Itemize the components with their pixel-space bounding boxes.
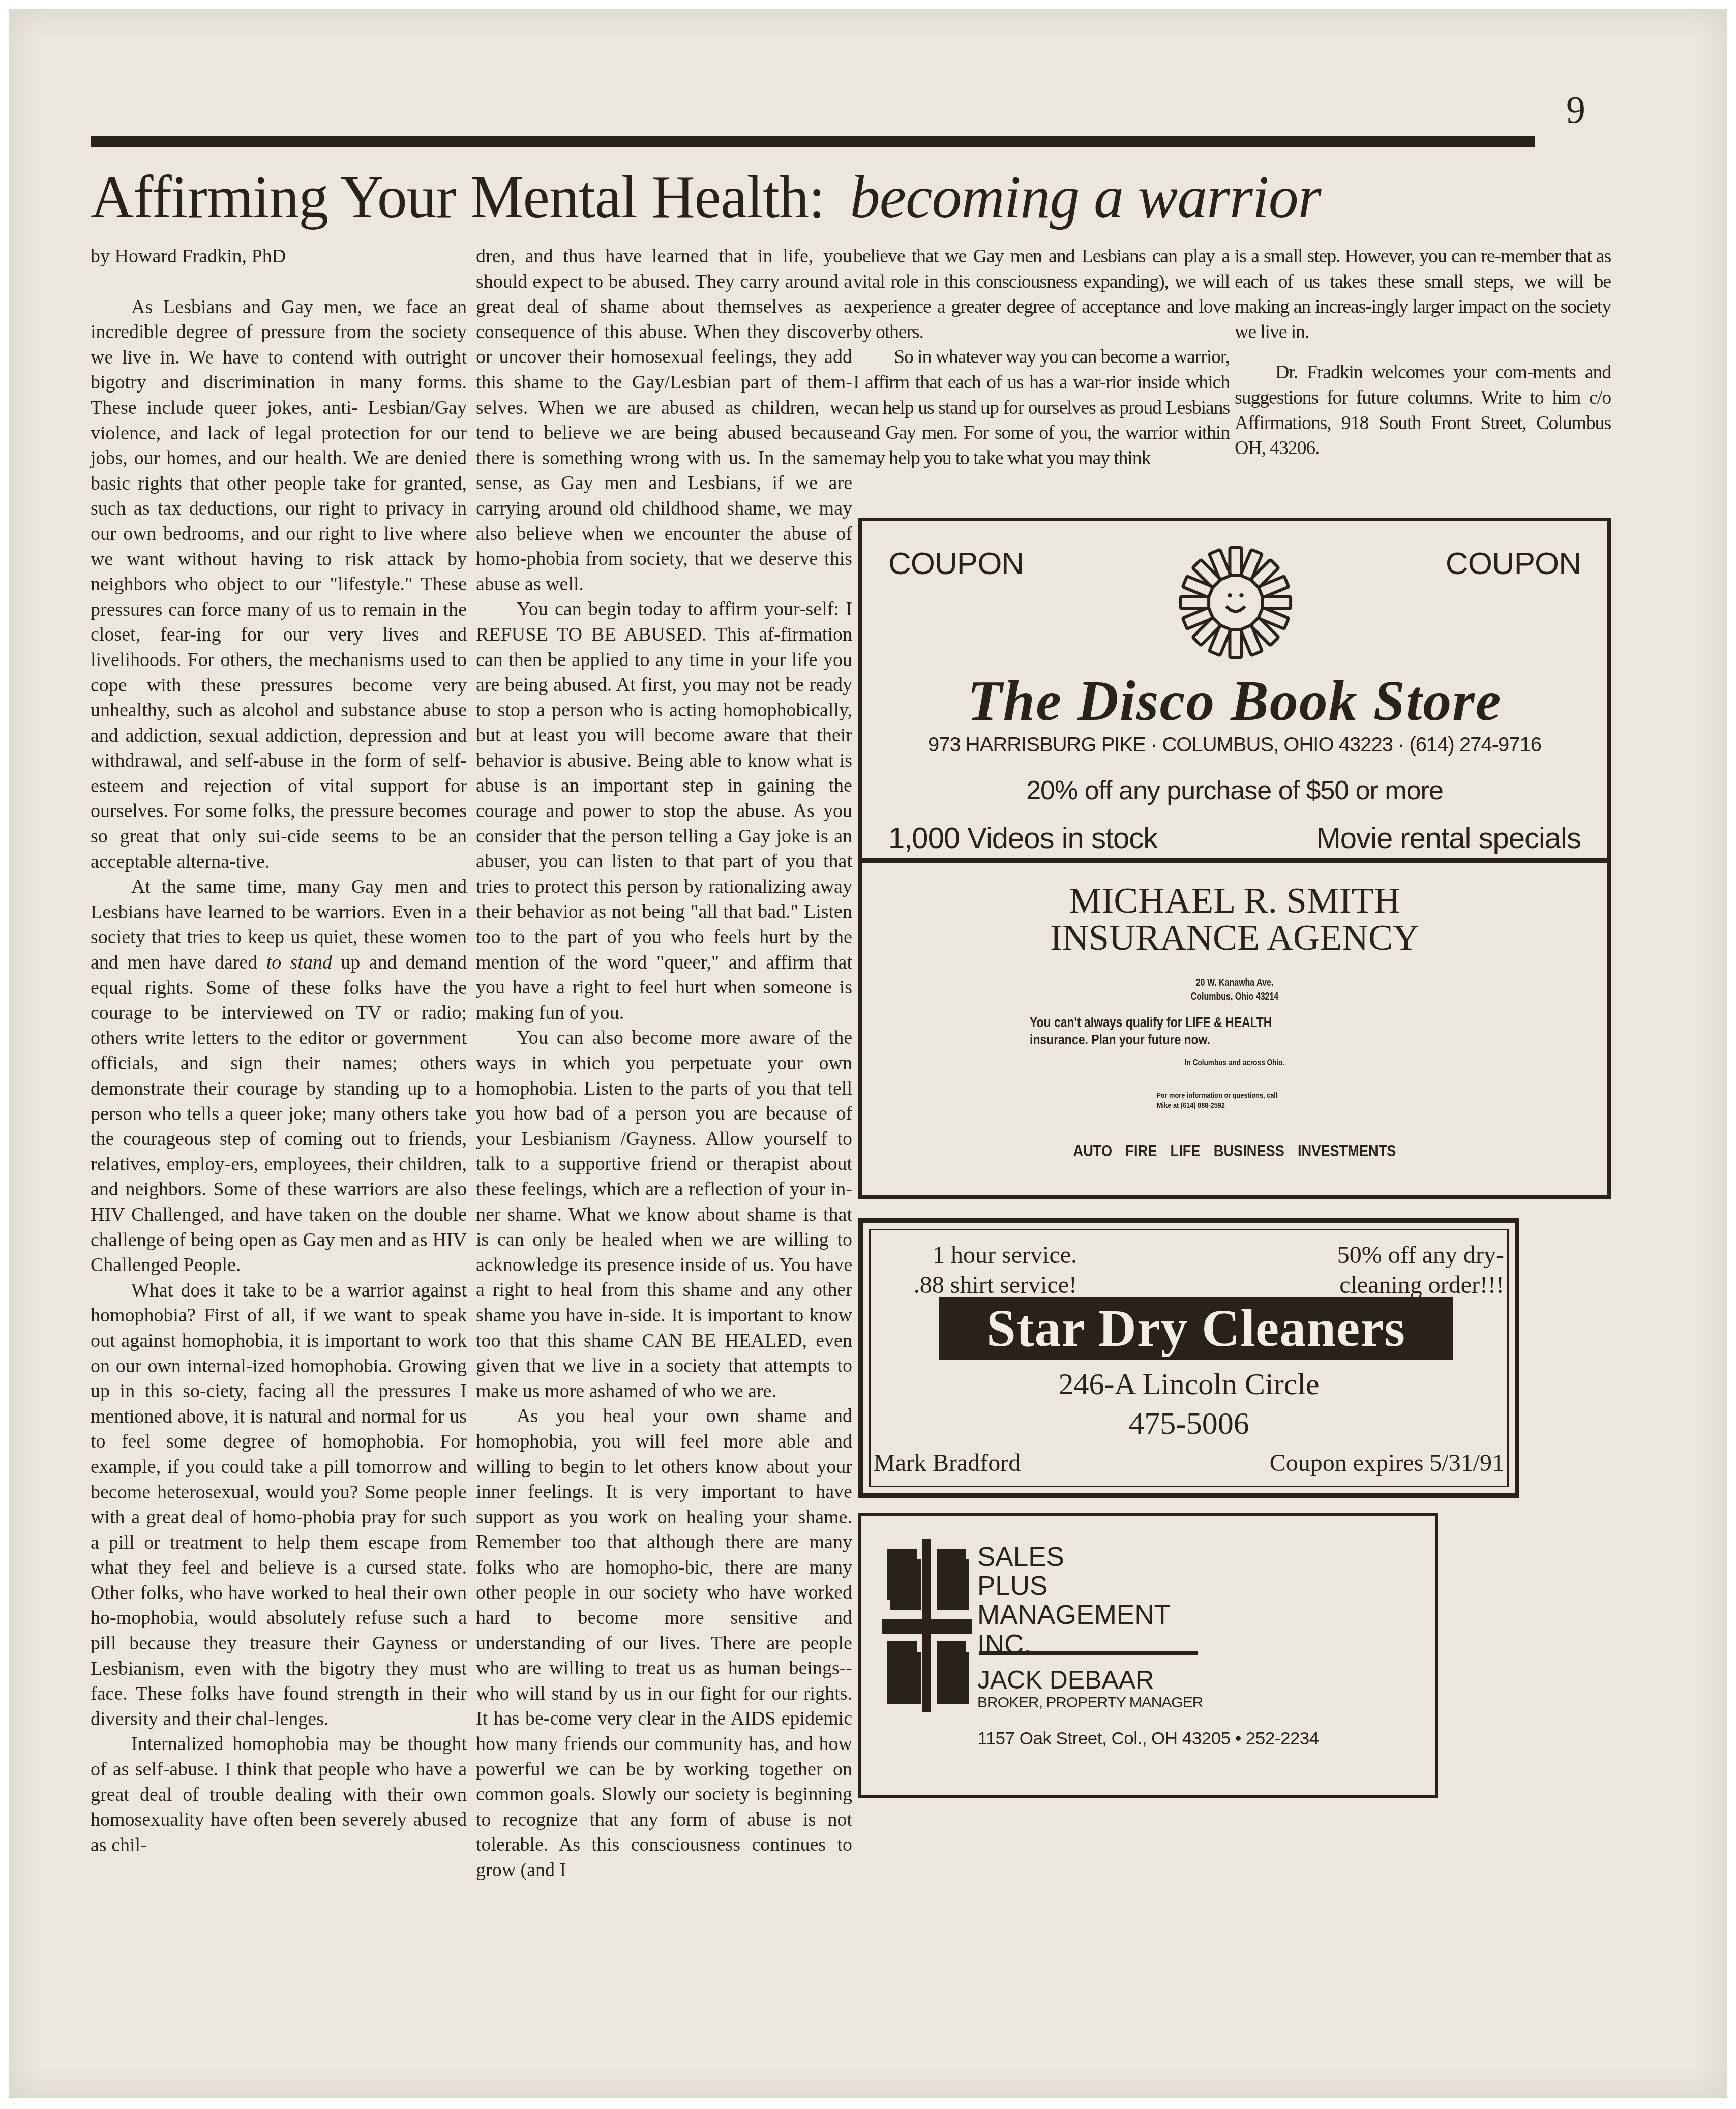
agency-address: 20 W. Kanawha Ave. Columbus, Ohio 43214 — [937, 976, 1533, 1004]
paragraph: As you heal your own shame and homophobi… — [476, 1404, 852, 1883]
newspaper-page: 9 Affirming Your Mental Health:becoming … — [9, 9, 1727, 2098]
paragraph: What does it take to be a warrior agains… — [91, 1278, 467, 1732]
paragraph-text: up and demand equal rights. Some of thes… — [91, 952, 467, 1276]
page-number: 9 — [1566, 91, 1585, 129]
paragraph: is a small step. However, you can re-mem… — [1235, 244, 1611, 345]
agency-name-line: MICHAEL R. SMITH — [862, 882, 1607, 919]
italic-text: to stand — [266, 952, 332, 973]
company-name-line: MANAGEMENT — [977, 1601, 1171, 1630]
paragraph: dren, and thus have learned that in life… — [476, 244, 852, 597]
coupon-label-left: COUPON — [888, 546, 1024, 582]
broker-name: JACK DEBAAR — [977, 1665, 1154, 1695]
ad-smith-insurance: MICHAEL R. SMITH INSURANCE AGENCY 20 W. … — [858, 858, 1611, 1199]
paragraph: You can also become more aware of the wa… — [476, 1026, 852, 1404]
coupon-label-right: COUPON — [1446, 546, 1581, 582]
business-address: 246-A Lincoln Circle — [871, 1367, 1507, 1402]
article-column-3: believe that we Gay men and Lesbians can… — [853, 244, 1230, 471]
agency-tagline: You can't always qualify for LIFE & HEAL… — [1030, 1014, 1350, 1049]
ad-disco-book-store: COUPON COUPON — [858, 518, 1611, 863]
paragraph: As Lesbians and Gay men, we face an incr… — [91, 295, 467, 875]
article-column-2: dren, and thus have learned that in life… — [476, 244, 852, 1883]
contact-line: Mike at (614) 888-2592 — [1157, 1101, 1277, 1111]
promo-left: 1 hour service. .88 shirt service! — [874, 1241, 1077, 1300]
business-name-banner: Star Dry Cleaners — [939, 1297, 1453, 1360]
contact-name: Mark Bradford — [874, 1449, 1021, 1477]
contact-line: For more information or questions, call — [1157, 1091, 1277, 1101]
company-name-line: SALES — [977, 1543, 1171, 1572]
article-column-1: by Howard Fradkin, PhD As Lesbians and G… — [91, 244, 467, 1858]
smiling-sun-icon — [1177, 544, 1294, 661]
promo-line: 1 hour service. — [874, 1241, 1077, 1271]
article-headline: Affirming Your Mental Health:becoming a … — [91, 164, 1565, 230]
header-rule — [91, 136, 1535, 147]
cross-squares-logo-icon — [882, 1539, 973, 1712]
author-note: Dr. Fradkin welcomes your com-ments and … — [1235, 360, 1611, 461]
company-address: 1157 Oak Street, Col., OH 43205 • 252-22… — [861, 1729, 1435, 1749]
store-offer: 20% off any purchase of $50 or more — [862, 775, 1607, 806]
headline-title: Affirming Your Mental Health: — [91, 164, 825, 230]
paragraph: So in whatever way you can become a warr… — [853, 345, 1230, 471]
address-line: Columbus, Ohio 43214 — [937, 990, 1533, 1004]
promo-line: 50% off any dry- — [1337, 1241, 1504, 1271]
insurance-lines: AUTO FIRE LIFE BUSINESS INVESTMENTS — [918, 1141, 1551, 1160]
promo-line: cleaning order!!! — [1337, 1271, 1504, 1301]
coupon-expiry: Coupon expires 5/31/91 — [1270, 1449, 1504, 1477]
byline: by Howard Fradkin, PhD — [91, 244, 467, 269]
paragraph: At the same time, many Gay men and Lesbi… — [91, 875, 467, 1278]
store-address: 973 HARRISBURG PIKE · COLUMBUS, OHIO 432… — [862, 734, 1607, 757]
business-phone: 475-5006 — [871, 1406, 1507, 1442]
contact-info: For more information or questions, call … — [1157, 1091, 1277, 1111]
store-feature-rentals: Movie rental specials — [1316, 821, 1581, 855]
store-feature-videos: 1,000 Videos in stock — [888, 821, 1157, 855]
paragraph: Internalized homophobia may be thought o… — [91, 1732, 467, 1858]
agency-name: MICHAEL R. SMITH INSURANCE AGENCY — [862, 882, 1607, 957]
article-column-4: is a small step. However, you can re-mem… — [1235, 244, 1611, 461]
service-area: In Columbus and across Ohio. — [937, 1058, 1533, 1068]
divider — [979, 1651, 1198, 1655]
ad-star-dry-cleaners: 1 hour service. .88 shirt service! 50% o… — [858, 1218, 1519, 1498]
company-name-line: PLUS — [977, 1572, 1171, 1601]
agency-name-line: INSURANCE AGENCY — [862, 919, 1607, 956]
paragraph: believe that we Gay men and Lesbians can… — [853, 244, 1230, 345]
ad-sales-plus-management: SALES PLUS MANAGEMENT INC. JACK DEBAAR B… — [858, 1513, 1438, 1798]
headline-subtitle: becoming a warrior — [850, 164, 1321, 230]
promo-line: .88 shirt service! — [874, 1271, 1077, 1301]
tagline-line: You can't always qualify for LIFE & HEAL… — [1030, 1014, 1350, 1032]
inner-border: 1 hour service. .88 shirt service! 50% o… — [869, 1229, 1509, 1487]
store-name: The Disco Book Store — [862, 669, 1607, 734]
promo-right: 50% off any dry- cleaning order!!! — [1337, 1241, 1504, 1300]
broker-title: BROKER, PROPERTY MANAGER — [977, 1694, 1203, 1711]
address-line: 20 W. Kanawha Ave. — [937, 976, 1533, 990]
tagline-line: insurance. Plan your future now. — [1030, 1032, 1350, 1049]
company-name: SALES PLUS MANAGEMENT INC. — [977, 1543, 1171, 1659]
paragraph: You can begin today to affirm your-self:… — [476, 597, 852, 1026]
